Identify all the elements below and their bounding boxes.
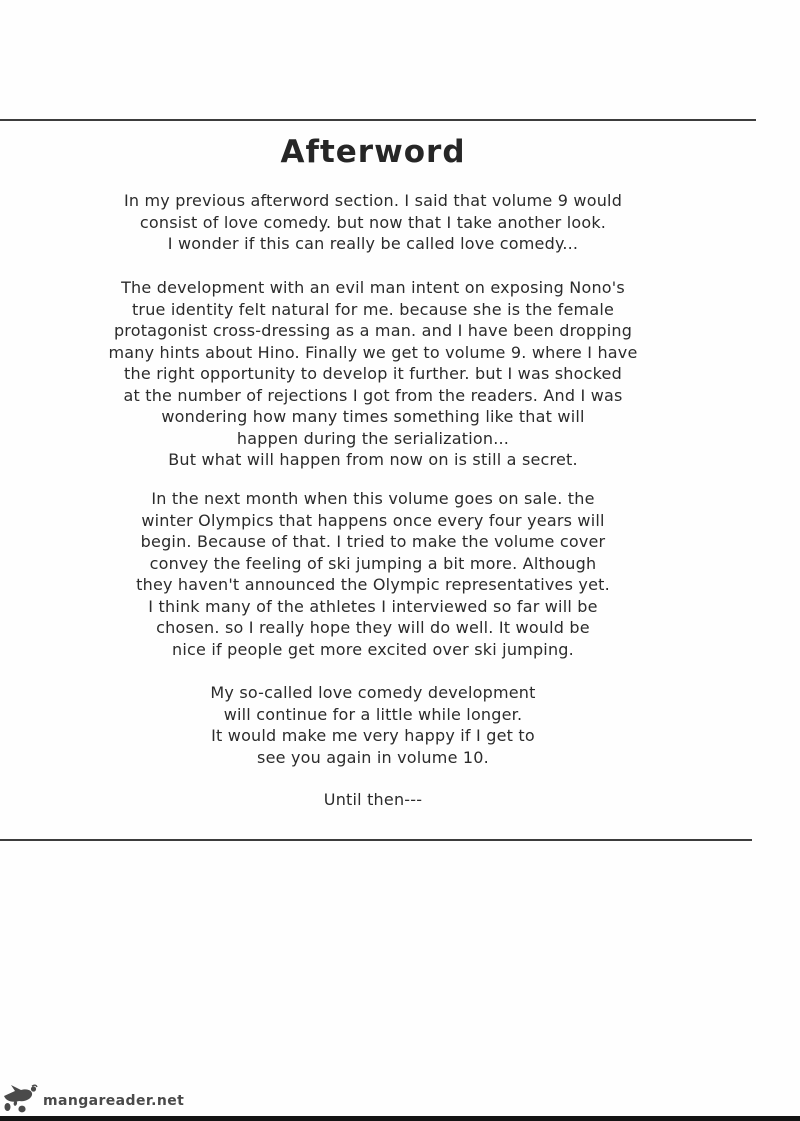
- page-title: Afterword: [0, 134, 746, 170]
- text-line: nice if people get more excited over ski…: [0, 639, 746, 661]
- text-line: But what will happen from now on is stil…: [0, 449, 746, 471]
- text-line: In my previous afterword section. I said…: [0, 190, 746, 212]
- text-line: wondering how many times something like …: [0, 406, 746, 428]
- text-line: happen during the serialization...: [0, 428, 746, 450]
- text-line: begin. Because of that. I tried to make …: [0, 531, 746, 553]
- text-line: they haven't announced the Olympic repre…: [0, 574, 746, 596]
- text-line: I think many of the athletes I interview…: [0, 596, 746, 618]
- text-line: true identity felt natural for me. becau…: [0, 299, 746, 321]
- text-line: convey the feeling of ski jumping a bit …: [0, 553, 746, 575]
- top-divider-line: [0, 119, 756, 121]
- signoff-text: Until then---: [0, 789, 746, 811]
- text-line: In the next month when this volume goes …: [0, 488, 746, 510]
- text-line: It would make me very happy if I get to: [0, 725, 746, 747]
- text-line: protagonist cross-dressing as a man. and…: [0, 320, 746, 342]
- text-line: I wonder if this can really be called lo…: [0, 233, 746, 255]
- watermark: mangareader.net: [2, 1082, 184, 1114]
- text-line: consist of love comedy. but now that I t…: [0, 212, 746, 234]
- text-line: The development with an evil man intent …: [0, 277, 746, 299]
- text-line: My so-called love comedy development: [0, 682, 746, 704]
- watermark-text: mangareader.net: [43, 1093, 184, 1109]
- text-line: see you again in volume 10.: [0, 747, 746, 769]
- paragraph-3: In the next month when this volume goes …: [0, 488, 746, 660]
- bottom-divider-line: [0, 839, 752, 841]
- text-line: chosen. so I really hope they will do we…: [0, 617, 746, 639]
- text-line: at the number of rejections I got from t…: [0, 385, 746, 407]
- mangareader-mascot-icon: [2, 1082, 40, 1114]
- text-line: many hints about Hino. Finally we get to…: [0, 342, 746, 364]
- scan-edge-bar: [0, 1116, 800, 1121]
- paragraph-1: In my previous afterword section. I said…: [0, 190, 746, 255]
- text-line: the right opportunity to develop it furt…: [0, 363, 746, 385]
- paragraph-2: The development with an evil man intent …: [0, 277, 746, 471]
- manga-afterword-page: Afterword In my previous afterword secti…: [0, 0, 800, 1121]
- text-line: will continue for a little while longer.: [0, 704, 746, 726]
- paragraph-4: My so-called love comedy development wil…: [0, 682, 746, 768]
- text-line: winter Olympics that happens once every …: [0, 510, 746, 532]
